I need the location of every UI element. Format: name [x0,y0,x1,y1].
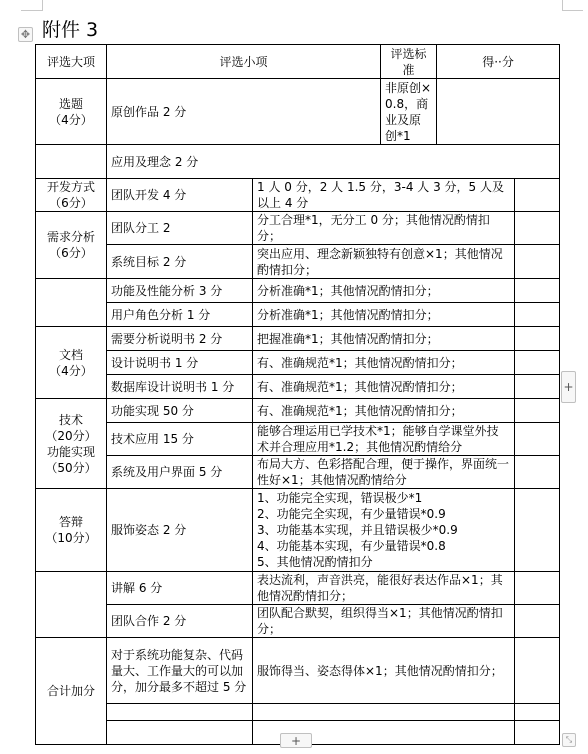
score-cell[interactable] [515,456,560,489]
table-row: 技术应用 15 分 能够合理运用已学技术*1；能够自学课堂外技术并合理应用*1.… [36,423,560,456]
table-row: 数据库设计说明书 1 分 有、准确规范*1；其他情况酌情扣分； [36,375,560,399]
table-row: 合计加分 对于系统功能复杂、代码量大、工作量大的可以加分，加分最多不超过 5 分… [36,638,560,704]
standard-cell[interactable]: 布局大方、色彩搭配合理，便于操作，界面统一性好×1；其他情况酌情给分 [253,456,515,489]
table-row: 团队合作 2 分 团队配合默契，组织得当×1；其他情况酌情扣分； [36,605,560,638]
score-cell[interactable] [515,489,560,572]
score-cell[interactable] [515,179,560,212]
score-cell[interactable] [515,212,560,245]
score-cell[interactable] [515,605,560,638]
category-cell: 答辩 （10分） [36,489,107,572]
table-row: 需求分析 （6分） 团队分工 2 分工合理*1，无分工 0 分；其他情况酌情扣分… [36,212,560,245]
table-row [36,704,560,721]
standard-cell[interactable]: 有、准确规范*1；其他情况酌情扣分； [253,351,515,375]
item-cell[interactable]: 技术应用 15 分 [107,423,253,456]
item-cell[interactable]: 系统及用户界面 5 分 [107,456,253,489]
table-row: 系统目标 2 分 突出应用、理念新颖独特有创意×1；其他情况酌情扣分； [36,245,560,279]
standard-cell[interactable]: 有、准确规范*1；其他情况酌情扣分； [253,399,515,423]
table-row: 开发方式 （6分） 团队开发 4 分 1 人 0 分，2 人 1.5 分，3-4… [36,179,560,212]
table-row: 文档 （4分） 需要分析说明书 2 分 把握准确*1；其他情况酌情扣分； [36,327,560,351]
standard-cell[interactable]: 分析准确*1；其他情况酌情扣分； [253,303,515,327]
standard-cell[interactable]: 能够合理运用已学技术*1；能够自学课堂外技术并合理应用*1.2；其他情况酌情给分 [253,423,515,456]
table-row: 答辩 （10分） 服饰姿态 2 分 1、功能完全实现，错误极少*1 2、功能完全… [36,489,560,572]
item-cell[interactable]: 数据库设计说明书 1 分 [107,375,253,399]
score-cell[interactable] [515,351,560,375]
standard-cell[interactable]: 分工合理*1，无分工 0 分；其他情况酌情扣分； [253,212,515,245]
table-row: 系统及用户界面 5 分 布局大方、色彩搭配合理，便于操作，界面统一性好×1；其他… [36,456,560,489]
item-cell[interactable]: 系统目标 2 分 [107,245,253,279]
item-cell[interactable]: 设计说明书 1 分 [107,351,253,375]
item-cell[interactable]: 用户角色分析 1 分 [107,303,253,327]
category-cell [36,279,107,327]
category-cell [36,572,107,638]
score-cell[interactable] [515,704,560,721]
category-cell: 技术 （20分） 功能实现 （50分） [36,399,107,489]
category-cell: 合计加分 [36,638,107,745]
score-cell[interactable] [515,327,560,351]
scoring-table: 评选大项 评选小项 评选标准 得··分 选题 （4分） 原创作品 2 分 非原创… [35,44,560,745]
table-row: 用户角色分析 1 分 分析准确*1；其他情况酌情扣分； [36,303,560,327]
score-cell[interactable] [515,399,560,423]
item-cell[interactable]: 功能实现 50 分 [107,399,253,423]
score-cell[interactable] [515,572,560,605]
standard-cell[interactable] [253,704,515,721]
score-cell[interactable] [515,303,560,327]
category-cell: 文档 （4分） [36,327,107,399]
standard-cell[interactable]: 分析准确*1；其他情况酌情扣分； [253,279,515,303]
table-row: 技术 （20分） 功能实现 （50分） 功能实现 50 分 有、准确规范*1；其… [36,399,560,423]
item-cell[interactable]: 讲解 6 分 [107,572,253,605]
table-header-row: 评选大项 评选小项 评选标准 得··分 [36,45,560,79]
standard-line: 5、其他情况酌情扣分 [257,554,510,570]
item-cell[interactable]: 应用及理念 2 分 [107,145,560,179]
item-cell[interactable] [107,704,253,721]
standard-cell[interactable]: 表达流利，声音洪亮，能很好表达作品×1；其他情况酌情扣分； [253,572,515,605]
item-cell[interactable]: 团队合作 2 分 [107,605,253,638]
page-corner-mark-left [21,0,43,11]
item-cell[interactable]: 对于系统功能复杂、代码量大、工作量大的可以加分，加分最多不超过 5 分 [107,638,253,704]
table-move-handle-icon[interactable]: ✥ [18,27,33,42]
standard-cell[interactable]: 把握准确*1；其他情况酌情扣分； [253,327,515,351]
table-row: 功能及性能分析 3 分 分析准确*1；其他情况酌情扣分； [36,279,560,303]
add-row-button[interactable]: + [280,733,312,748]
score-cell[interactable] [515,375,560,399]
document-title: 附件 3 [42,17,98,43]
category-cell: 开发方式 （6分） [36,179,107,212]
category-cell [36,145,107,179]
item-cell[interactable]: 功能及性能分析 3 分 [107,279,253,303]
standard-cell[interactable]: 团队配合默契，组织得当×1；其他情况酌情扣分； [253,605,515,638]
score-cell[interactable] [515,245,560,279]
category-cell: 需求分析 （6分） [36,212,107,279]
category-cell: 选题 （4分） [36,79,107,145]
table-resize-handle-icon[interactable]: ⤡ [562,733,576,747]
standard-line: 4、功能基本实现，有少量错误*0.8 [257,538,510,554]
standard-cell[interactable]: 服饰得当、姿态得体×1；其他情况酌情扣分； [253,638,515,704]
table-row: 设计说明书 1 分 有、准确规范*1；其他情况酌情扣分； [36,351,560,375]
table-row: 讲解 6 分 表达流利，声音洪亮，能很好表达作品×1；其他情况酌情扣分； [36,572,560,605]
standard-cell[interactable]: 1、功能完全实现，错误极少*1 2、功能完全实现，有少量错误*0.9 3、功能基… [253,489,515,572]
header-standard: 评选标准 [381,45,437,79]
item-cell[interactable]: 团队开发 4 分 [107,179,253,212]
header-score: 得··分 [437,45,560,79]
standard-line: 2、功能完全实现，有少量错误*0.9 [257,506,510,522]
header-category: 评选大项 [36,45,107,79]
add-column-button[interactable]: + [561,371,576,403]
table-row: 应用及理念 2 分 [36,145,560,179]
standard-cell[interactable]: 有、准确规范*1；其他情况酌情扣分； [253,375,515,399]
item-cell[interactable]: 服饰姿态 2 分 [107,489,253,572]
score-cell[interactable] [515,279,560,303]
item-cell[interactable]: 需要分析说明书 2 分 [107,327,253,351]
table-row: 选题 （4分） 原创作品 2 分 非原创×0.8，商业及原创*1 [36,79,560,145]
item-cell[interactable]: 团队分工 2 [107,212,253,245]
item-cell[interactable]: 原创作品 2 分 [107,79,381,145]
item-cell[interactable] [107,721,253,745]
score-cell[interactable] [515,423,560,456]
standard-cell[interactable]: 非原创×0.8，商业及原创*1 [381,79,437,145]
page-corner-mark-right [562,0,583,11]
score-cell[interactable] [515,638,560,704]
standard-line: 3、功能基本实现，并且错误极少*0.9 [257,522,510,538]
standard-cell[interactable]: 突出应用、理念新颖独特有创意×1；其他情况酌情扣分； [253,245,515,279]
header-item: 评选小项 [107,45,381,79]
standard-line: 1、功能完全实现，错误极少*1 [257,490,510,506]
score-cell[interactable] [515,721,560,745]
standard-cell[interactable]: 1 人 0 分，2 人 1.5 分，3-4 人 3 分，5 人及以上 4 分 [253,179,515,212]
score-cell[interactable] [437,79,560,145]
